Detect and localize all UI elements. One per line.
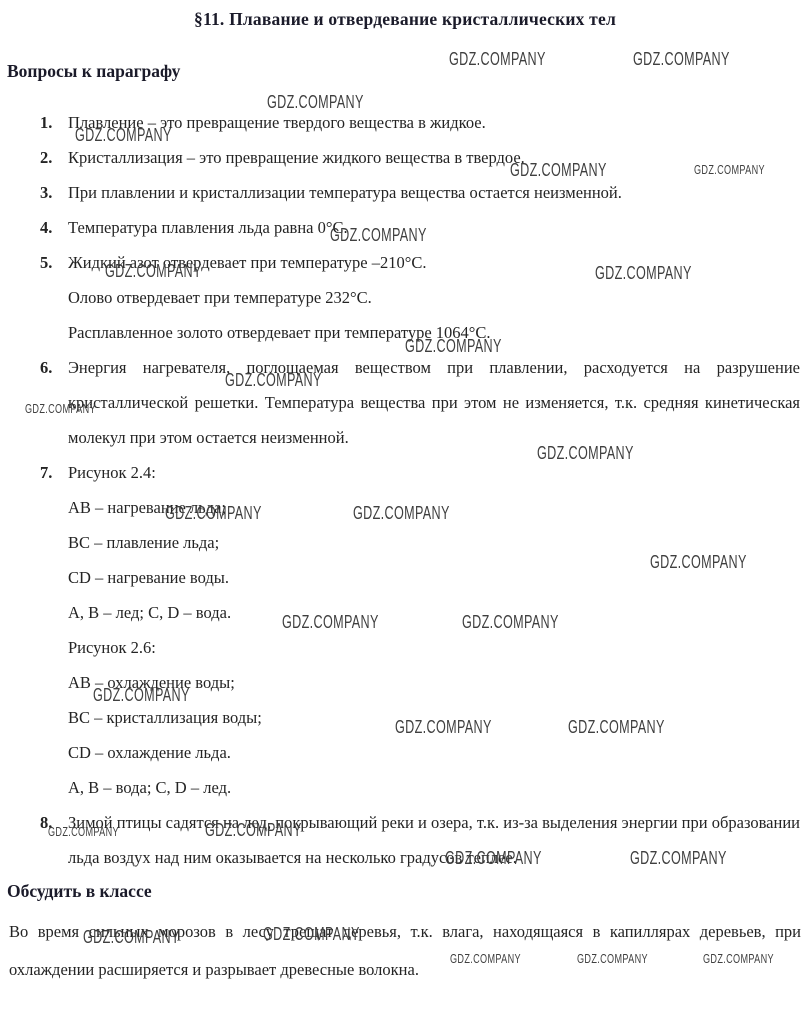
question-number: 3. — [40, 175, 52, 210]
discussion-text: Во время сильных морозов в лесу трещат д… — [0, 913, 810, 989]
question-number: 5. — [40, 245, 52, 280]
question-text: Зимой птицы садятся на лед, покрывающий … — [68, 805, 800, 875]
questions-section-heading: Вопросы к параграфу — [0, 61, 810, 82]
question-text: BC – плавление льда; — [68, 525, 800, 560]
question-item: 7.Рисунок 2.4:AB – нагревание льда;BC – … — [0, 455, 810, 805]
question-text: Энергия нагревателя, поглощаемая веществ… — [68, 350, 800, 455]
question-text: A, B – вода; C, D – лед. — [68, 770, 800, 805]
question-text: Олово отвердевает при температуре 232°С. — [68, 280, 800, 315]
question-item: 2.Кристаллизация – это превращение жидко… — [0, 140, 810, 175]
question-number: 4. — [40, 210, 52, 245]
question-item: 1.Плавление – это превращение твердого в… — [0, 105, 810, 140]
question-text: Жидкий азот отвердевает при температуре … — [68, 245, 800, 280]
question-item: 4.Температура плавления льда равна 0°С. — [0, 210, 810, 245]
question-item: 5.Жидкий азот отвердевает при температур… — [0, 245, 810, 350]
questions-list: 1.Плавление – это превращение твердого в… — [0, 105, 810, 875]
question-text: Плавление – это превращение твердого вещ… — [68, 105, 800, 140]
question-number: 6. — [40, 350, 52, 385]
question-text: Рисунок 2.4: — [68, 455, 800, 490]
question-number: 7. — [40, 455, 52, 490]
question-text: Кристаллизация – это превращение жидкого… — [68, 140, 800, 175]
question-text: При плавлении и кристаллизации температу… — [68, 175, 800, 210]
question-text: A, B – лед; C, D – вода. — [68, 595, 800, 630]
question-number: 8. — [40, 805, 52, 840]
question-item: 8.Зимой птицы садятся на лед, покрывающи… — [0, 805, 810, 875]
question-item: 3.При плавлении и кристаллизации темпера… — [0, 175, 810, 210]
document-content: §11. Плавание и отвердевание кристалличе… — [0, 0, 810, 989]
question-number: 1. — [40, 105, 52, 140]
question-text: BC – кристаллизация воды; — [68, 700, 800, 735]
question-text: CD – нагревание воды. — [68, 560, 800, 595]
question-item: 6.Энергия нагревателя, поглощаемая вещес… — [0, 350, 810, 455]
question-number: 2. — [40, 140, 52, 175]
page-title: §11. Плавание и отвердевание кристалличе… — [0, 0, 810, 30]
question-text: Рисунок 2.6: — [68, 630, 800, 665]
question-text: Температура плавления льда равна 0°С. — [68, 210, 800, 245]
gdz-answer-page: GDZ.COMPANYGDZ.COMPANYGDZ.COMPANYGDZ.COM… — [0, 0, 810, 1029]
question-text: CD – охлаждение льда. — [68, 735, 800, 770]
question-text: AB – нагревание льда; — [68, 490, 800, 525]
question-text: AB – охлаждение воды; — [68, 665, 800, 700]
discussion-section-heading: Обсудить в классе — [0, 881, 810, 902]
question-text: Расплавленное золото отвердевает при тем… — [68, 315, 800, 350]
